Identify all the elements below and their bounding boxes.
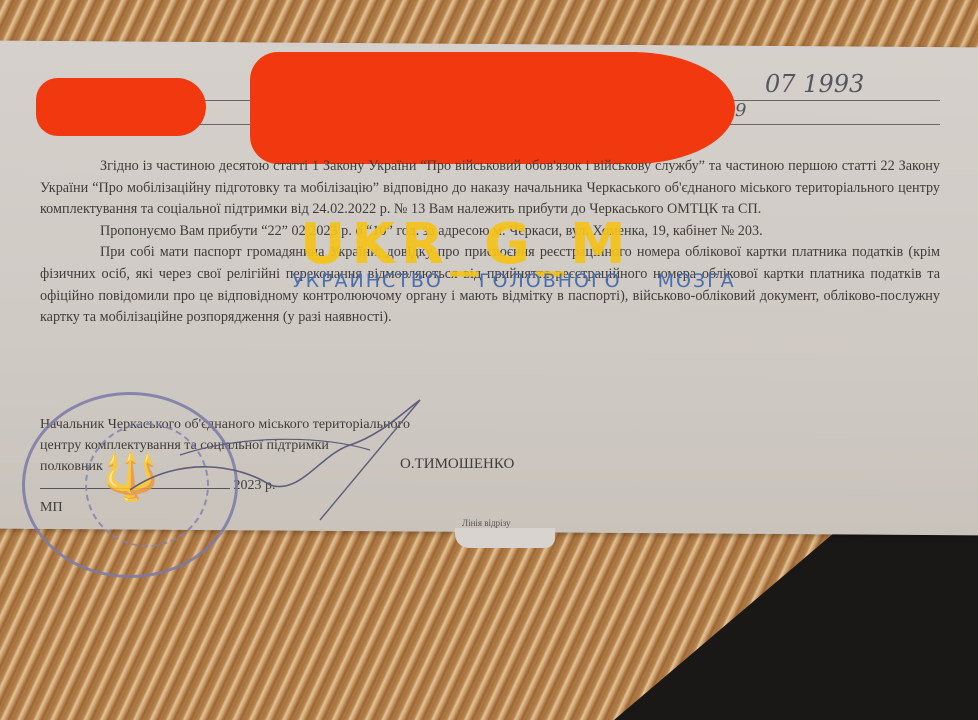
- watermark-logo: UKR_G_M: [300, 212, 632, 277]
- redaction-name: [36, 78, 206, 136]
- handwritten-birth-year: 07 1993: [765, 70, 864, 98]
- paper-tear-tab: [455, 528, 555, 548]
- redaction-address: [250, 52, 735, 164]
- signature-scribble: [120, 395, 450, 525]
- watermark-subtitle: УКРАИНСТВО ГОЛОВНОГО МОЗГА: [292, 270, 736, 292]
- detach-line-label: Лінія відрізу: [462, 518, 511, 528]
- handwritten-fragment: 9: [735, 100, 746, 121]
